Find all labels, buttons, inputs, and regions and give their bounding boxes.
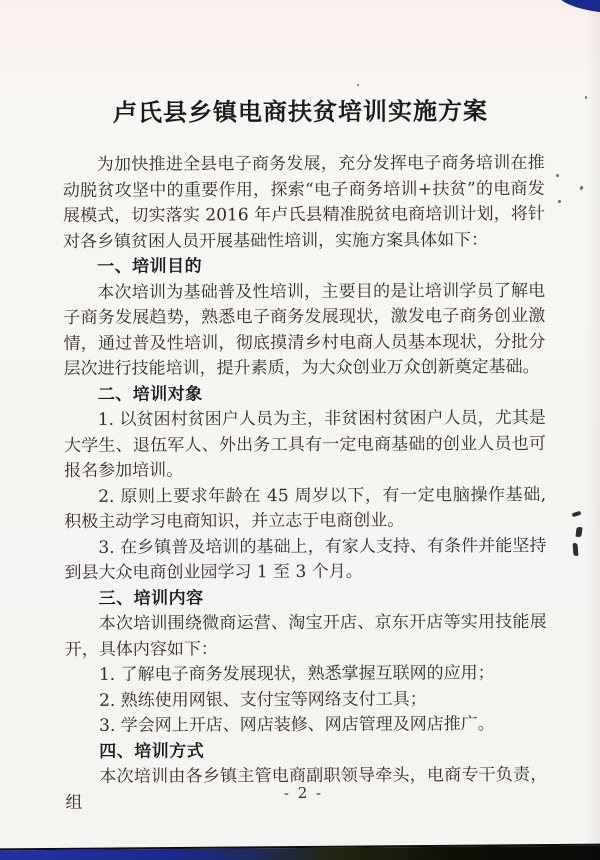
scan-speck (585, 96, 587, 99)
scan-edge-shading (586, 0, 600, 860)
paragraph-intro: 为加快推进全县电子商务发展，充分发挥电子商务培训在推动脱贫攻坚中的重要作用，探索… (63, 151, 545, 255)
paragraph-content-1: 1. 了解电子商务发展现状，熟悉掌握互联网的应用； (65, 661, 547, 689)
scan-bottom-edge-artifact (0, 844, 600, 860)
paragraph-purpose: 本次培训为基础普及性培训，主要目的是让培训学员了解电子商务发展趋势，熟悉电子商务… (63, 278, 545, 382)
section-heading-2: 二、培训对象 (64, 380, 546, 408)
document-content: 卢氏县乡镇电商扶贫培训实施方案 为加快推进全县电子商务发展，充分发挥电子商务培训… (0, 0, 600, 1)
scan-speck (357, 84, 359, 86)
ink-smudge-mark (573, 543, 579, 556)
scan-speck (558, 200, 561, 203)
paragraph-content-2: 2. 熟练使用网银、支付宝等网络支付工具； (65, 686, 547, 714)
paragraph-content-intro: 本次培训围绕微商运营、淘宝开店、京东开店等实用技能展开，具体内容如下： (65, 610, 547, 663)
ink-smudge-mark (575, 527, 582, 538)
scan-speck (168, 622, 170, 624)
scan-speck (556, 174, 559, 177)
section-heading-1: 一、培训目的 (63, 253, 545, 281)
document-title: 卢氏县乡镇电商扶贫培训实施方案 (0, 91, 600, 129)
paragraph-target-2: 2. 原则上要求年龄在 45 周岁以下，有一定电脑操作基础,积极主动学习电商知识… (64, 482, 546, 535)
ink-smudge-mark (572, 511, 582, 518)
section-heading-4: 四、培训方式 (65, 737, 547, 765)
section-heading-3: 三、培训内容 (65, 584, 547, 612)
scanned-page: 卢氏县乡镇电商扶贫培训实施方案 为加快推进全县电子商务发展，充分发挥电子商务培训… (0, 0, 600, 860)
scan-speck (579, 186, 584, 191)
paragraph-target-3: 3. 在乡镇普及培训的基础上，有家人支持、有条件并能坚持到县大众电商创业园学习 … (64, 533, 546, 586)
page-number: - 2 - (3, 783, 600, 804)
document-body: 为加快推进全县电子商务发展，充分发挥电子商务培训在推动脱贫攻坚中的重要作用，探索… (63, 151, 548, 816)
paragraph-content-3: 3. 学会网上开店、网店装修、网店管理及网店推广。 (65, 712, 547, 740)
paragraph-target-1: 1. 以贫困村贫困户人员为主，非贫困村贫困户人员，尤其是大学生、退伍军人、外出务… (64, 406, 546, 485)
